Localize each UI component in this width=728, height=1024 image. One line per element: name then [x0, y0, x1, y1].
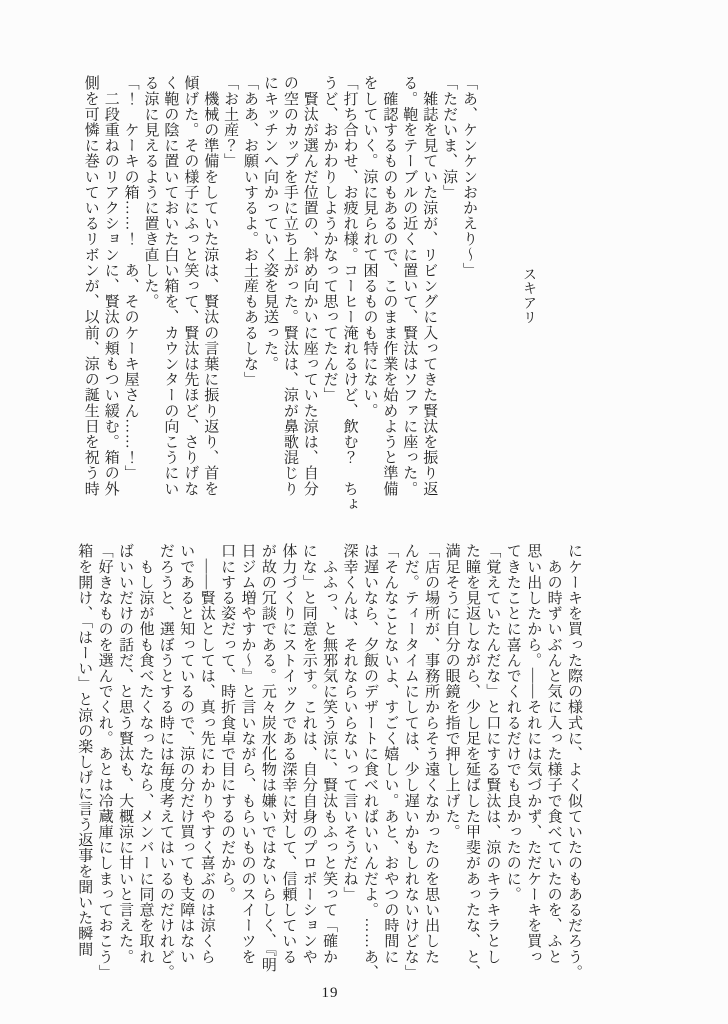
text-line: 「店の場所が、事務所からそう遠くなかったのを思い出した — [421, 543, 441, 995]
text-line: あの時ずいぶんと気に入った様子で食べていたのを、ふと — [543, 543, 563, 995]
text-line: る。鞄をテーブルの近くに置いて、賢汰はソファに座った。 — [398, 75, 418, 527]
text-line: 側を可憐に巻いているリボンが、以前、涼の誕生日を祝う時 — [80, 75, 100, 527]
section-title: スキアリ — [519, 267, 537, 325]
text-line: 「好きなものを選んでくれ。あとは冷蔵庫にしまっておこう」 — [94, 543, 114, 995]
text-line: もし涼が他も食べたくなったなら、メンバーに同意を取れ — [135, 543, 155, 995]
text-line: 二段重ねのリアクションに、賢汰の頬もつい緩む。箱の外 — [100, 75, 120, 527]
text-line: が故の冗談である。元々炭水化物は嫌いではないらしく、『明 — [258, 543, 278, 995]
text-line: ふふっ、と無邪気に笑う涼に、賢汰もふっと笑って「確か — [319, 543, 339, 995]
text-line: うど、おかわりしようかなって思ってたんだ」 — [319, 75, 339, 527]
text-line: 日ジム増やすか〜』と言いながら、もらいもののスイーツを — [237, 543, 257, 995]
text-line: にケーキを買った際の様式に、よく似ていたのもあるだろう。 — [564, 543, 584, 995]
text-line: 機械の準備をしていた涼は、賢汰の言葉に振り返り、首を — [199, 75, 219, 527]
text-line: 「覚えていたんだな」と口にする賢汰は、涼のキラキラとし — [482, 543, 502, 995]
text-line: 傾げた。その様子にふっと笑って、賢汰は先ほど、さりげな — [179, 75, 199, 527]
text-line: る涼に見えるように置き直した。 — [140, 75, 160, 527]
text-line: く鞄の陰に置いておいた白い箱を、カウンターの向こうにい — [160, 75, 180, 527]
text-line: 「！ ケーキの箱……！ あ、そのケーキ屋さん……！」 — [120, 75, 140, 527]
text-line: は遅いなら、夕飯のデザートに食べればいいんだよ。……あ、 — [360, 543, 380, 995]
text-line: 「ただいま、涼」 — [438, 75, 458, 527]
text-line: 雑誌を見ていた涼が、リビングに入ってきた賢汰を振り返 — [418, 75, 438, 527]
text-line: だろうと、選ぼうとする時には毎度考えてはいるのだけれど。 — [155, 543, 175, 995]
text-line: 確認するものもあるので、このまま作業を始めようと準備 — [378, 75, 398, 527]
story-text-lower-block: にケーキを買った際の様式に、よく似ていたのもあるだろう。 あの時ずいぶんと気に入… — [74, 543, 584, 995]
text-line: 深幸くんは、それならいらないって言いそうだね」 — [339, 543, 359, 995]
text-line: 箱を開け、「はーい」と涼の楽しげに言う返事を聞いた瞬間 — [74, 543, 94, 995]
text-line: 「ああ、お願いするよ。お土産もあるしな」 — [239, 75, 259, 527]
text-line: ――賢汰としては、真っ先にわかりやすく喜ぶのは涼くら — [196, 543, 216, 995]
text-line: んだ。ティータイムにしては、少し遅いかもしれないけどな」 — [400, 543, 420, 995]
text-line: 思い出したから。――それには気づかず、ただケーキを買っ — [523, 543, 543, 995]
text-line: 「そんなことないよ、すごく嬉しい。あと、おやつの時間に — [380, 543, 400, 995]
text-line: ばいいだけの話だ、と思う賢汰も、大概涼に甘いと言えた。 — [115, 543, 135, 995]
text-line: にキッチンへ向かっていく姿を見送った。 — [259, 75, 279, 527]
text-line: てきたことに喜んでくれるだけでも良かったのに。 — [502, 543, 522, 995]
text-line: いであると知っているので、涼の分だけ買っても支障はない — [176, 543, 196, 995]
text-line: た瞳を見返しながら、少し足を延ばした甲斐があったな、と、 — [462, 543, 482, 995]
text-line: 「打ち合わせ、お疲れ様。コーヒー淹れるけど、飲む？ ちょ — [339, 75, 359, 527]
text-line: にな」と同意を示す。これは、自分自身のプロポーションや — [298, 543, 318, 995]
text-line: 賢汰が選んだ位置の、斜め向かいに座っていた涼は、自分 — [299, 75, 319, 527]
text-line: 「あ、ケンケンおかえり〜」 — [458, 75, 478, 527]
text-line: をしていく。涼に見られて困るものも特にない。 — [359, 75, 379, 527]
scanned-novel-page: スキアリ 「あ、ケンケンおかえり〜」「ただいま、涼」 雑誌を見ていた涼が、リビン… — [0, 0, 728, 1024]
story-text-upper-block: 「あ、ケンケンおかえり〜」「ただいま、涼」 雑誌を見ていた涼が、リビングに入って… — [80, 75, 478, 527]
text-line: 「お土産？」 — [219, 75, 239, 527]
text-line: の空のカップを手に立ち上がった。賢汰は、涼が鼻歌混じり — [279, 75, 299, 527]
text-line: 口にする姿だって、時折食卓で目にするのだから。 — [217, 543, 237, 995]
text-line: 満足そうに自分の眼鏡を指で押し上げた。 — [441, 543, 461, 995]
text-line: 体力づくりにストイックである深幸に対して、信頼している — [278, 543, 298, 995]
page-number: 19 — [304, 985, 356, 1002]
